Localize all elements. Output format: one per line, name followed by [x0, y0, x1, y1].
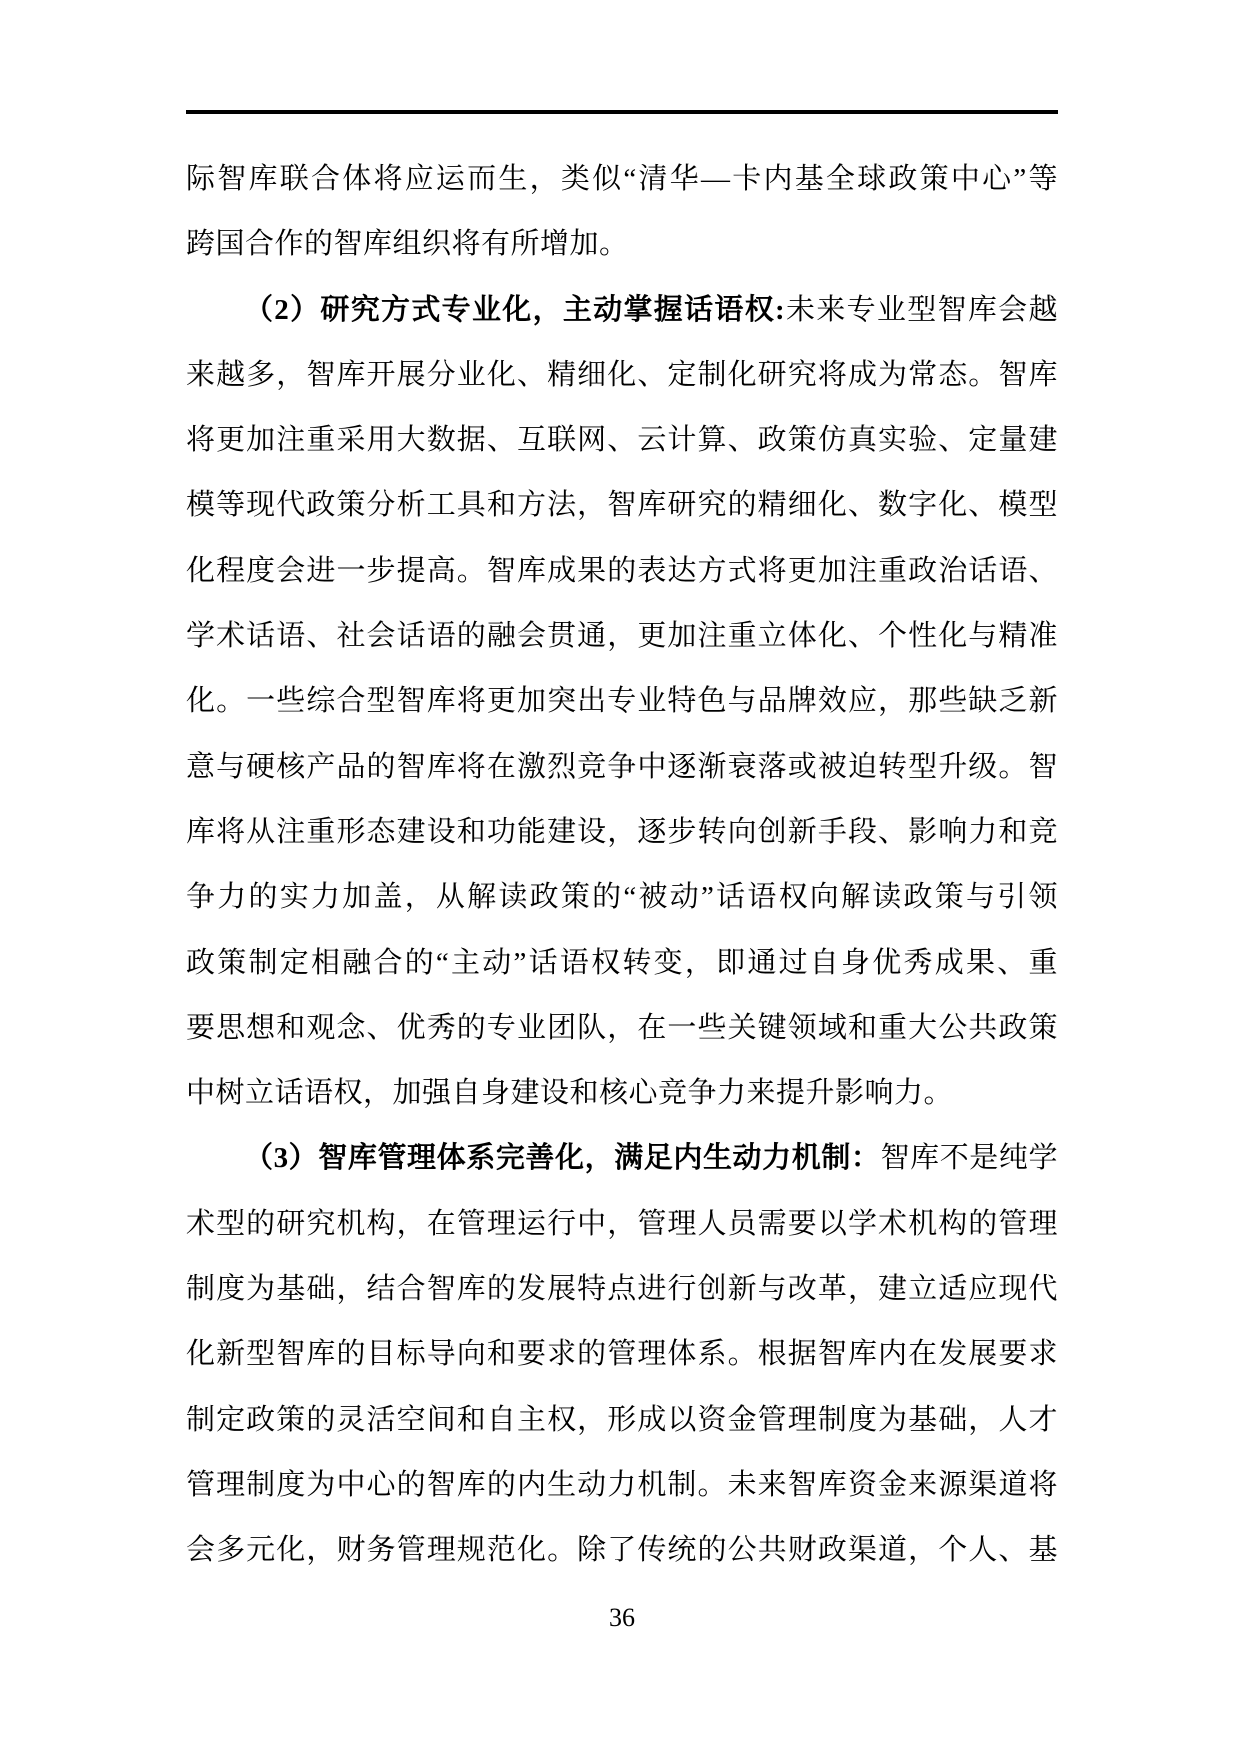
text-run: 制度为基础，结合智库的发展特点进行创新与改革，建立适应现代 [186, 1273, 1058, 1305]
text-run: 意与硬核产品的智库将在激烈竞争中逐渐衰落或被迫转型升级。智 [186, 751, 1058, 783]
text-line: 管理制度为中心的智库的内生动力机制。未来智库资金来源渠道将 [186, 1453, 1058, 1518]
text-line: 政策制定相融合的“主动”话语权转变，即通过自身优秀成果、重 [186, 931, 1058, 996]
text-line: 制定政策的灵活空间和自主权，形成以资金管理制度为基础，人才 [186, 1388, 1058, 1453]
text-run: 术型的研究机构，在管理运行中，管理人员需要以学术机构的管理 [186, 1208, 1058, 1240]
text-line: （3）智库管理体系完善化，满足内生动力机制：智库不是纯学 [186, 1126, 1058, 1191]
text-line: 意与硬核产品的智库将在激烈竞争中逐渐衰落或被迫转型升级。智 [186, 735, 1058, 800]
bold-run: （2）研究方式专业化，主动掌握话语权: [244, 294, 785, 326]
text-run: 会多元化，财务管理规范化。除了传统的公共财政渠道，个人、基 [186, 1534, 1058, 1566]
document-page: 际智库联合体将应运而生，类似“清华—卡内基全球政策中心”等跨国合作的智库组织将有… [0, 0, 1240, 1753]
text-line: 学术话语、社会话语的融会贯通，更加注重立体化、个性化与精准 [186, 604, 1058, 669]
text-run: 库将从注重形态建设和功能建设，逐步转向创新手段、影响力和竞 [186, 816, 1058, 848]
text-run: 制定政策的灵活空间和自主权，形成以资金管理制度为基础，人才 [186, 1404, 1058, 1436]
text-line: 际智库联合体将应运而生，类似“清华—卡内基全球政策中心”等 [186, 147, 1058, 212]
text-run: 中树立话语权，加强自身建设和核心竞争力来提升影响力。 [186, 1077, 953, 1109]
header-rule [186, 110, 1058, 114]
text-line: 来越多，智库开展分业化、精细化、定制化研究将成为常态。智库 [186, 343, 1058, 408]
text-run: 未来专业型智库会越 [785, 294, 1058, 326]
text-run: 要思想和观念、优秀的专业团队，在一些关键领域和重大公共政策 [186, 1012, 1058, 1044]
text-line: （2）研究方式专业化，主动掌握话语权:未来专业型智库会越 [186, 278, 1058, 343]
text-line: 化新型智库的目标导向和要求的管理体系。根据智库内在发展要求 [186, 1322, 1058, 1387]
text-line: 争力的实力加盖，从解读政策的“被动”话语权向解读政策与引领 [186, 865, 1058, 930]
text-run: 政策制定相融合的“主动”话语权转变，即通过自身优秀成果、重 [186, 947, 1058, 979]
text-run: 智库不是纯学 [881, 1142, 1058, 1174]
text-line: 制度为基础，结合智库的发展特点进行创新与改革，建立适应现代 [186, 1257, 1058, 1322]
text-run: 将更加注重采用大数据、互联网、云计算、政策仿真实验、定量建 [186, 424, 1058, 456]
text-run: 来越多，智库开展分业化、精细化、定制化研究将成为常态。智库 [186, 359, 1058, 391]
text-run: 争力的实力加盖，从解读政策的“被动”话语权向解读政策与引领 [186, 881, 1058, 913]
text-run: 化。一些综合型智库将更加突出专业特色与品牌效应，那些缺乏新 [186, 685, 1058, 717]
text-run: 化程度会进一步提高。智库成果的表达方式将更加注重政治话语、 [186, 555, 1058, 587]
text-line: 库将从注重形态建设和功能建设，逐步转向创新手段、影响力和竞 [186, 800, 1058, 865]
page-number: 36 [186, 1600, 1058, 1636]
text-run: 学术话语、社会话语的融会贯通，更加注重立体化、个性化与精准 [186, 620, 1058, 652]
text-run: 管理制度为中心的智库的内生动力机制。未来智库资金来源渠道将 [186, 1469, 1058, 1501]
text-line: 术型的研究机构，在管理运行中，管理人员需要以学术机构的管理 [186, 1192, 1058, 1257]
text-line: 将更加注重采用大数据、互联网、云计算、政策仿真实验、定量建 [186, 408, 1058, 473]
bold-run: （3）智库管理体系完善化，满足内生动力机制： [244, 1142, 881, 1174]
text-block: 际智库联合体将应运而生，类似“清华—卡内基全球政策中心”等跨国合作的智库组织将有… [186, 147, 1058, 1584]
text-line: 中树立话语权，加强自身建设和核心竞争力来提升影响力。 [186, 1061, 1058, 1126]
text-line: 跨国合作的智库组织将有所增加。 [186, 212, 1058, 277]
text-run: 际智库联合体将应运而生，类似“清华—卡内基全球政策中心”等 [186, 163, 1058, 195]
text-line: 模等现代政策分析工具和方法，智库研究的精细化、数字化、模型 [186, 473, 1058, 538]
text-line: 会多元化，财务管理规范化。除了传统的公共财政渠道，个人、基 [186, 1518, 1058, 1583]
text-line: 化程度会进一步提高。智库成果的表达方式将更加注重政治话语、 [186, 539, 1058, 604]
text-run: 化新型智库的目标导向和要求的管理体系。根据智库内在发展要求 [186, 1338, 1058, 1370]
text-run: 跨国合作的智库组织将有所增加。 [186, 228, 629, 260]
text-line: 化。一些综合型智库将更加突出专业特色与品牌效应，那些缺乏新 [186, 669, 1058, 734]
text-line: 要思想和观念、优秀的专业团队，在一些关键领域和重大公共政策 [186, 996, 1058, 1061]
text-run: 模等现代政策分析工具和方法，智库研究的精细化、数字化、模型 [186, 489, 1058, 521]
